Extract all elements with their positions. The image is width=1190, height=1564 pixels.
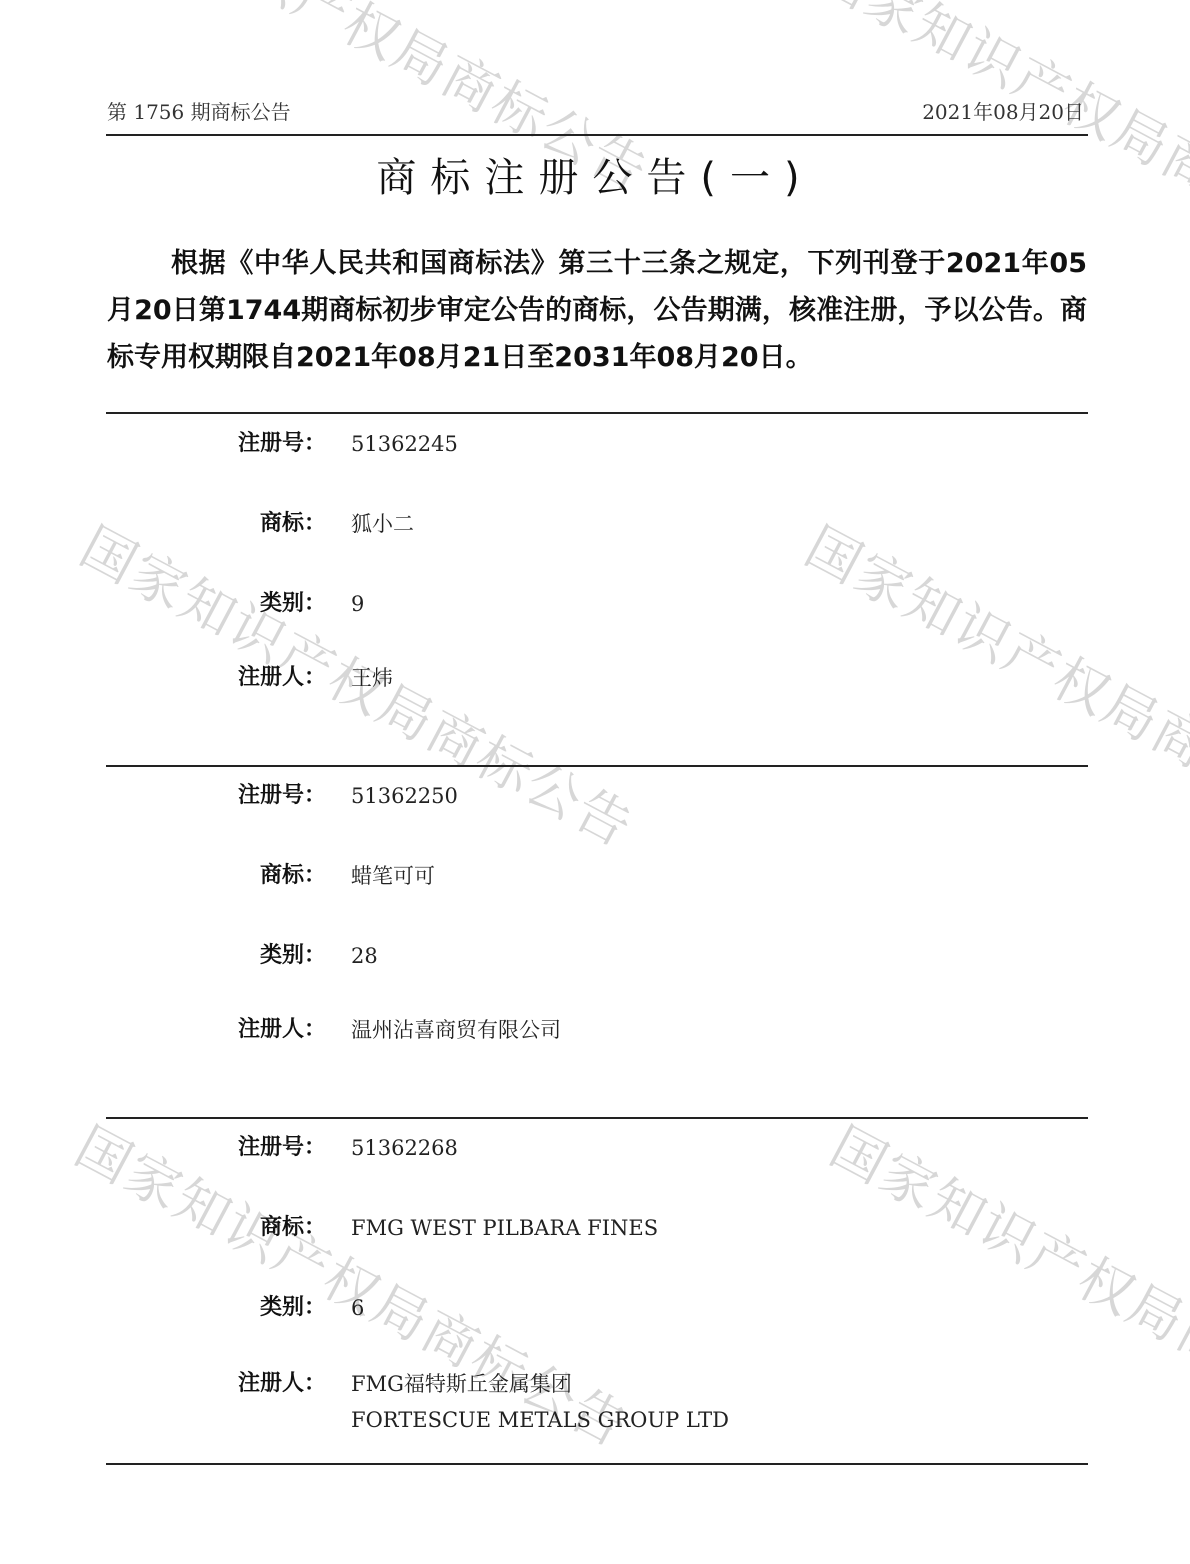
reg-no-value: 51362250 <box>351 778 458 814</box>
registrant-value: FMG福特斯丘金属集团 <box>351 1366 572 1402</box>
class-value: 28 <box>351 938 378 974</box>
mark-value: FMG WEST PILBARA FINES <box>351 1210 658 1246</box>
header-divider <box>106 134 1088 136</box>
reg-no-value: 51362268 <box>351 1130 458 1166</box>
reg-no-field: 注册号： 51362268 <box>106 1130 1088 1170</box>
registrant-en-field: FORTESCUE METALS GROUP LTD <box>106 1402 1088 1442</box>
reg-no-value: 51362245 <box>351 426 458 462</box>
reg-no-label: 注册号： <box>238 1130 326 1166</box>
mark-label: 商标： <box>260 858 326 894</box>
registrant-field: 注册人： FMG福特斯丘金属集团 <box>106 1366 1088 1406</box>
reg-no-field: 注册号： 51362245 <box>106 426 1088 466</box>
mark-field: 商标： 狐小二 <box>106 506 1088 546</box>
class-label: 类别： <box>260 938 326 974</box>
class-field: 类别： 6 <box>106 1290 1088 1330</box>
mark-value: 蜡笔可可 <box>351 858 435 894</box>
mark-label: 商标： <box>260 1210 326 1246</box>
registrant-field: 注册人： 温州沾喜商贸有限公司 <box>106 1012 1088 1052</box>
mark-value: 狐小二 <box>351 506 414 542</box>
reg-no-field: 注册号： 51362250 <box>106 778 1088 818</box>
section-divider <box>106 1463 1088 1465</box>
mark-field: 商标： FMG WEST PILBARA FINES <box>106 1210 1088 1250</box>
intro-paragraph: 根据《中华人民共和国商标法》第三十三条之规定，下列刊登于2021年05月20日第… <box>107 240 1087 381</box>
registrant-label: 注册人： <box>238 1012 326 1048</box>
mark-label: 商标： <box>260 506 326 542</box>
registrant-value: 王炜 <box>351 660 393 696</box>
running-header: 第 1756 期商标公告 2021年08月20日 <box>107 96 1084 128</box>
page-title: 商标注册公告(一) <box>0 146 1190 203</box>
registrant-value: 温州沾喜商贸有限公司 <box>351 1012 561 1048</box>
class-field: 类别： 9 <box>106 586 1088 626</box>
registrant-en-value: FORTESCUE METALS GROUP LTD <box>351 1402 729 1438</box>
class-value: 9 <box>351 586 364 622</box>
class-label: 类别： <box>260 1290 326 1326</box>
issue-number: 第 1756 期商标公告 <box>107 96 291 125</box>
section-divider <box>106 412 1088 414</box>
mark-field: 商标： 蜡笔可可 <box>106 858 1088 898</box>
reg-no-label: 注册号： <box>238 426 326 462</box>
announcement-page: 国家知识产权局商标公告 国家知识产权局商标公告 国家知识产权局商标公告 国家知识… <box>0 0 1190 1564</box>
section-divider <box>106 765 1088 767</box>
class-label: 类别： <box>260 586 326 622</box>
registrant-field: 注册人： 王炜 <box>106 660 1088 700</box>
class-field: 类别： 28 <box>106 938 1088 978</box>
class-value: 6 <box>351 1290 364 1326</box>
registrant-label: 注册人： <box>238 1366 326 1402</box>
reg-no-label: 注册号： <box>238 778 326 814</box>
registrant-label: 注册人： <box>238 660 326 696</box>
issue-date: 2021年08月20日 <box>922 96 1084 125</box>
section-divider <box>106 1117 1088 1119</box>
